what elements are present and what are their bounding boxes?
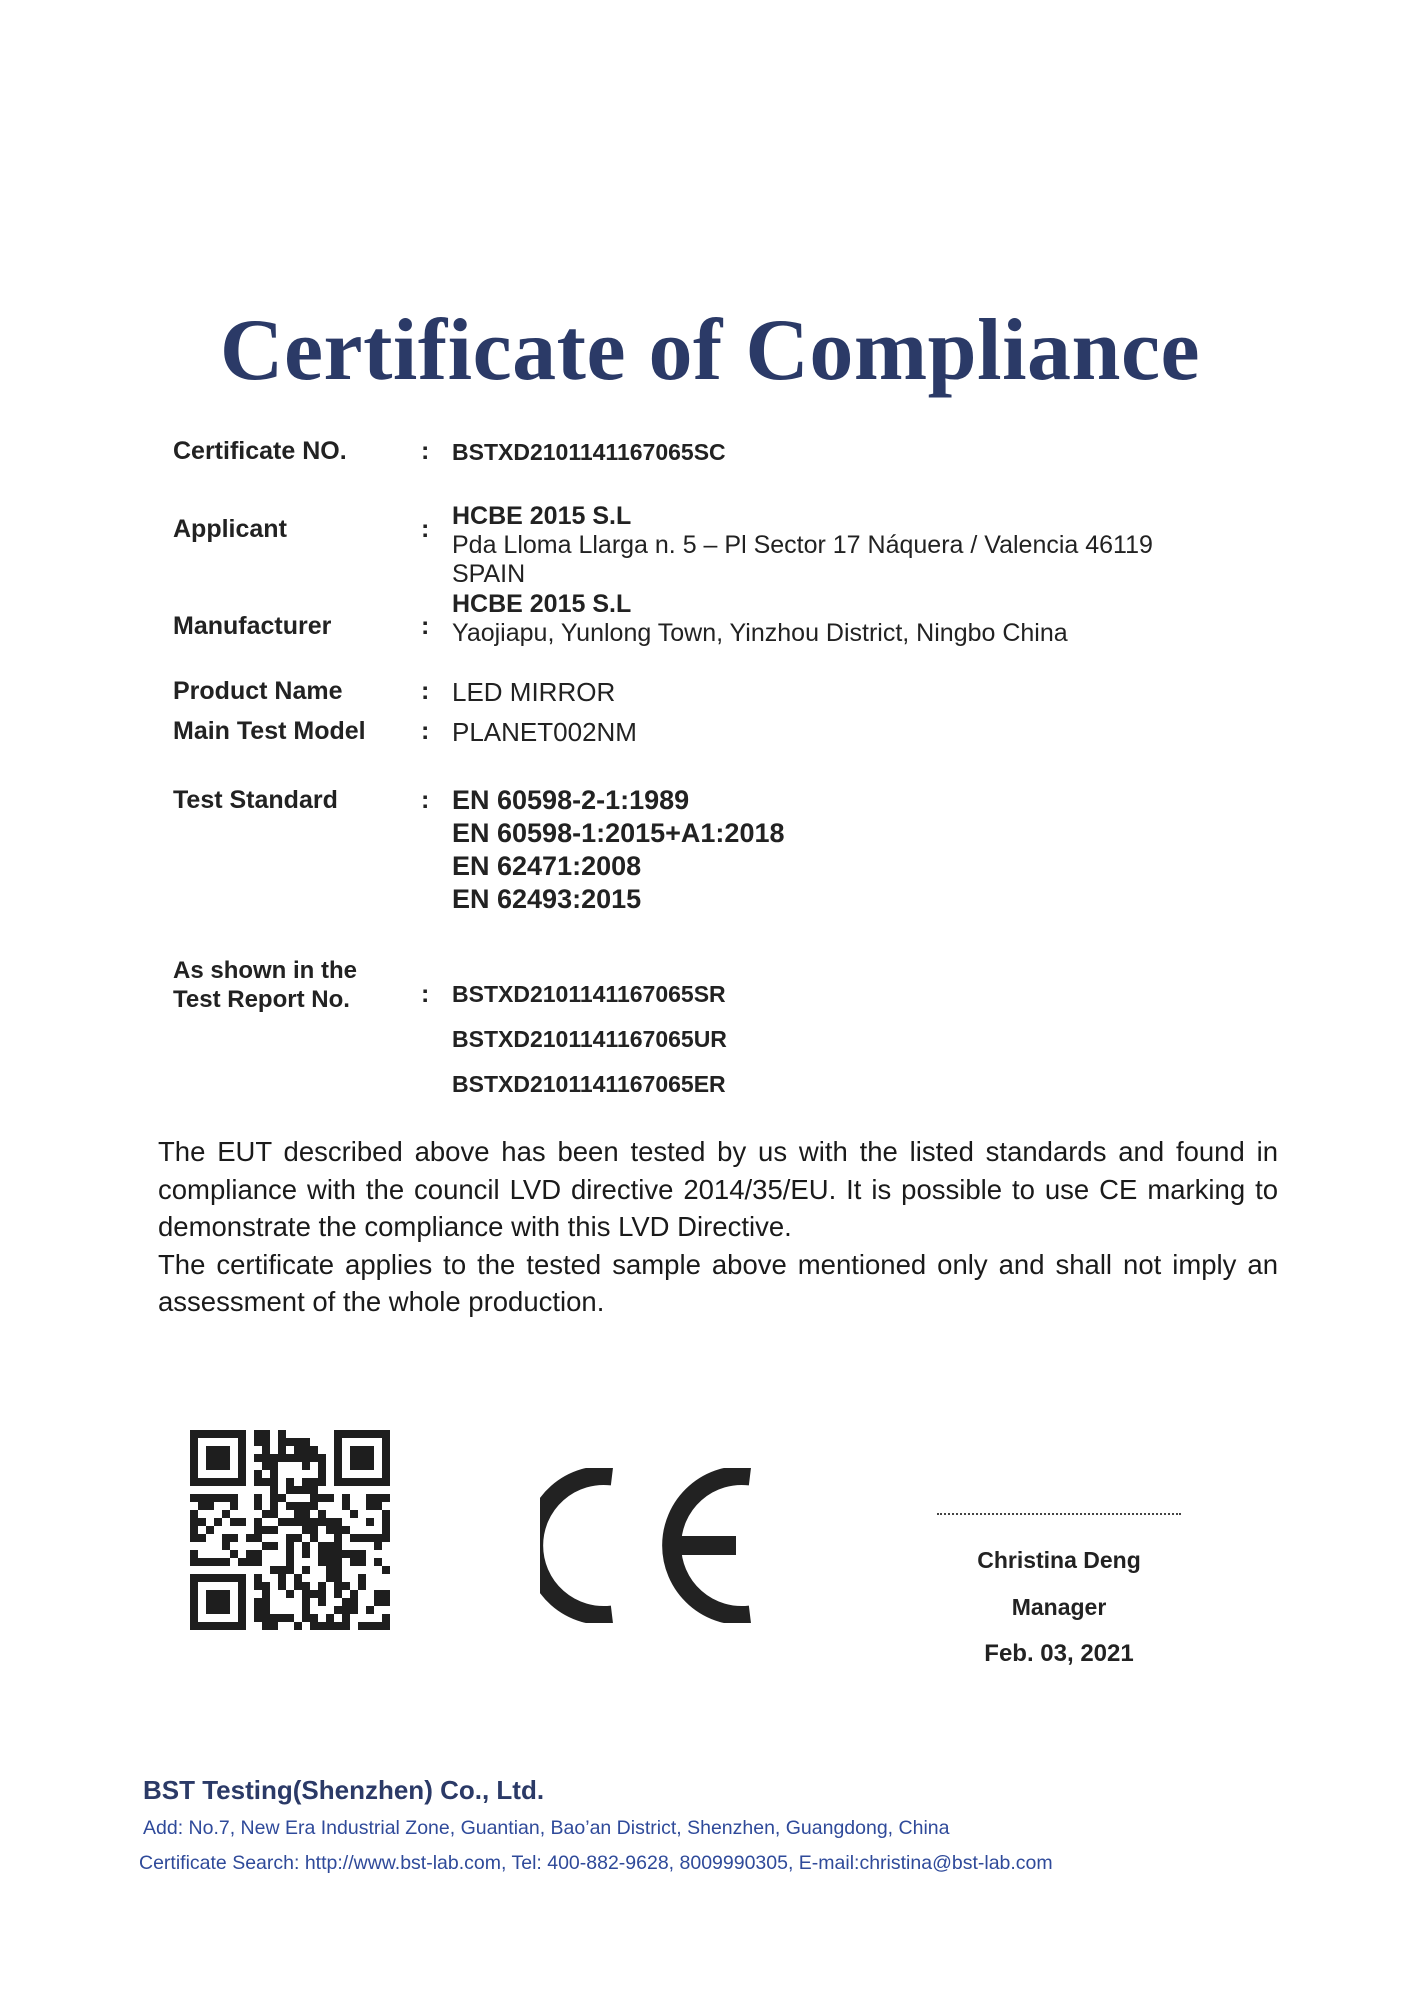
separator: :	[421, 980, 429, 1009]
separator: :	[421, 612, 429, 641]
ce-mark-icon	[540, 1468, 760, 1623]
manufacturer-address: Yaojiapu, Yunlong Town, Yinzhou District…	[452, 619, 1068, 648]
signatory-name: Christina Deng	[937, 1547, 1181, 1574]
separator: :	[421, 717, 429, 746]
test-report-item: BSTXD2101141167065UR	[452, 1026, 727, 1053]
signatory-title: Manager	[937, 1594, 1181, 1621]
applicant-name: HCBE 2015 S.L	[452, 502, 631, 531]
compliance-statement: The EUT described above has been tested …	[158, 1133, 1278, 1321]
main-test-model-label: Main Test Model	[173, 717, 366, 746]
test-report-label-line1: As shown in the	[173, 957, 357, 985]
applicant-label: Applicant	[173, 515, 287, 544]
signature-date: Feb. 03, 2021	[937, 1640, 1181, 1668]
test-standard-item: EN 62471:2008	[452, 850, 641, 883]
test-report-label-line2: Test Report No.	[173, 986, 350, 1014]
issuer-company: BST Testing(Shenzhen) Co., Ltd.	[143, 1775, 544, 1806]
manufacturer-name: HCBE 2015 S.L	[452, 590, 631, 619]
certificate-no-value: BSTXD2101141167065SC	[452, 439, 726, 466]
contact-info: , Tel: 400-882-9628, 8009990305, E-mail:…	[501, 1852, 1053, 1874]
certificate-search-line: Certificate Search: http://www.bst-lab.c…	[139, 1852, 1053, 1875]
test-standard-label: Test Standard	[173, 786, 338, 815]
test-standard-item: EN 62493:2015	[452, 883, 641, 916]
issuer-address: Add: No.7, New Era Industrial Zone, Guan…	[143, 1817, 949, 1840]
search-prefix: Certificate Search:	[139, 1852, 305, 1874]
applicant-address: Pda Lloma Llarga n. 5 – Pl Sector 17 Náq…	[452, 531, 1153, 560]
search-url-link[interactable]: http://www.bst-lab.com	[305, 1852, 501, 1874]
test-report-item: BSTXD2101141167065ER	[452, 1071, 726, 1098]
qr-code-icon	[190, 1430, 390, 1630]
applicant-country: SPAIN	[452, 560, 525, 589]
statement-paragraph: The certificate applies to the tested sa…	[158, 1246, 1278, 1321]
separator: :	[421, 677, 429, 706]
test-report-item: BSTXD2101141167065SR	[452, 981, 726, 1008]
test-standard-item: EN 60598-2-1:1989	[452, 784, 689, 817]
certificate-title: Certificate of Compliance	[0, 300, 1420, 401]
separator: :	[421, 515, 429, 544]
product-name-value: LED MIRROR	[452, 677, 615, 708]
manufacturer-label: Manufacturer	[173, 612, 331, 641]
signature-line	[937, 1513, 1181, 1515]
certificate-no-label: Certificate NO.	[173, 437, 347, 466]
separator: :	[421, 437, 429, 466]
product-name-label: Product Name	[173, 677, 342, 706]
statement-paragraph: The EUT described above has been tested …	[158, 1133, 1278, 1246]
separator: :	[421, 786, 429, 815]
test-standard-item: EN 60598-1:2015+A1:2018	[452, 817, 785, 850]
main-test-model-value: PLANET002NM	[452, 717, 637, 748]
